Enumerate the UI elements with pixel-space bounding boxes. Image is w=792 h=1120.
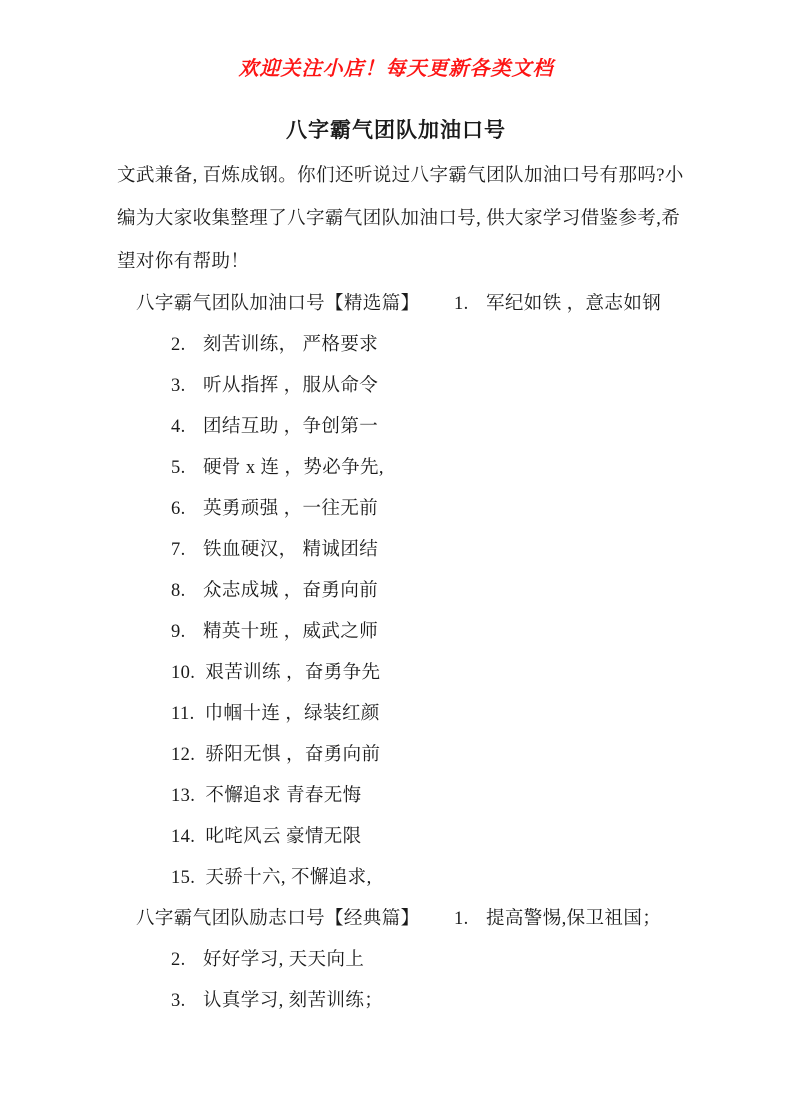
item-text: 铁血硬汉， 精诚团结 [203,540,378,560]
item-text: 骄阳无惧 ，奋勇向前 [205,745,380,765]
slogan-list: 八字霸气团队加油口号【精选篇】 1.军纪如铁 ，意志如钢 2.刻苦训练， 严格要… [117,284,675,1022]
item-number: 3. [171,366,193,407]
item-number: 13. [171,776,195,817]
item-text: 叱咤风云 豪情无限 [205,827,361,847]
promo-banner: 欢迎关注小店！每天更新各类文档 [0,56,792,82]
intro-line: 文武兼备, 百炼成钢。你们还听说过八字霸气团队加油口号有那吗?小 [117,155,675,198]
item-number: 4. [171,407,193,448]
item-text: 团结互助 ，争创第一 [203,417,378,437]
item-number: 8. [171,571,193,612]
item-number: 5. [171,448,193,489]
list-item: 15.天骄十六, 不懈追求, [117,858,675,899]
item-text: 英勇顽强 ，一往无前 [203,499,378,519]
list-item: 3.听从指挥 ，服从命令 [117,366,675,407]
list-item: 7.铁血硬汉， 精诚团结 [117,530,675,571]
section-heading-line: 八字霸气团队加油口号【精选篇】 1.军纪如铁 ，意志如钢 [117,284,675,325]
document-body: 文武兼备, 百炼成钢。你们还听说过八字霸气团队加油口号有那吗?小 编为大家收集整… [117,155,675,1022]
item-text: 军纪如铁 ，意志如钢 [486,294,661,314]
list-item: 1.军纪如铁 ，意志如钢 [454,284,661,325]
item-text: 认真学习, 刻苦训练； [203,991,383,1011]
item-number: 1. [454,284,476,325]
item-text: 听从指挥 ，服从命令 [203,376,378,396]
intro-paragraph: 文武兼备, 百炼成钢。你们还听说过八字霸气团队加油口号有那吗?小 编为大家收集整… [117,155,675,284]
item-number: 10. [171,653,195,694]
item-text: 好好学习, 天天向上 [203,950,364,970]
item-number: 11. [171,694,195,735]
list-item: 2.刻苦训练， 严格要求 [117,325,675,366]
intro-line: 望对你有帮助！ [117,241,675,284]
item-text: 众志成城 ，奋勇向前 [203,581,378,601]
item-text: 巾帼十连 ，绿装红颜 [205,704,380,724]
intro-line: 编为大家收集整理了八字霸气团队加油口号, 供大家学习借鉴参考,希 [117,198,675,241]
list-item: 12.骄阳无惧 ，奋勇向前 [117,735,675,776]
item-text: 精英十班 ，威武之师 [203,622,378,642]
item-number: 14. [171,817,195,858]
list-item: 13.不懈追求 青春无悔 [117,776,675,817]
item-number: 9. [171,612,193,653]
item-number: 6. [171,489,193,530]
item-number: 3. [171,981,193,1022]
item-text: 天骄十六, 不懈追求, [205,868,371,888]
list-item: 5.硬骨 x 连 ，势必争先, [117,448,675,489]
item-number: 2. [171,325,193,366]
list-item: 14.叱咤风云 豪情无限 [117,817,675,858]
item-text: 提高警惕,保卫祖国； [486,909,661,929]
item-text: 不懈追求 青春无悔 [205,786,361,806]
item-text: 艰苦训练 ，奋勇争先 [205,663,380,683]
list-item: 10.艰苦训练 ，奋勇争先 [117,653,675,694]
section-heading-line: 八字霸气团队励志口号【经典篇】 1.提高警惕,保卫祖国； [117,899,675,940]
item-number: 7. [171,530,193,571]
list-item: 9.精英十班 ，威武之师 [117,612,675,653]
list-item: 6.英勇顽强 ，一往无前 [117,489,675,530]
item-number: 12. [171,735,195,776]
item-number: 15. [171,858,195,899]
document-page: 欢迎关注小店！每天更新各类文档 八字霸气团队加油口号 文武兼备, 百炼成钢。你们… [0,0,792,1120]
item-text: 刻苦训练， 严格要求 [203,335,378,355]
item-number: 1. [454,899,476,940]
list-item: 1.提高警惕,保卫祖国； [454,899,661,940]
section-heading: 八字霸气团队励志口号【经典篇】 [136,909,420,929]
list-item: 11.巾帼十连 ，绿装红颜 [117,694,675,735]
section-heading: 八字霸气团队加油口号【精选篇】 [136,294,420,314]
list-item: 2.好好学习, 天天向上 [117,940,675,981]
list-item: 8.众志成城 ，奋勇向前 [117,571,675,612]
page-title: 八字霸气团队加油口号 [0,117,792,145]
item-text: 硬骨 x 连 ，势必争先, [203,458,384,478]
list-item: 3.认真学习, 刻苦训练； [117,981,675,1022]
list-item: 4.团结互助 ，争创第一 [117,407,675,448]
item-number: 2. [171,940,193,981]
